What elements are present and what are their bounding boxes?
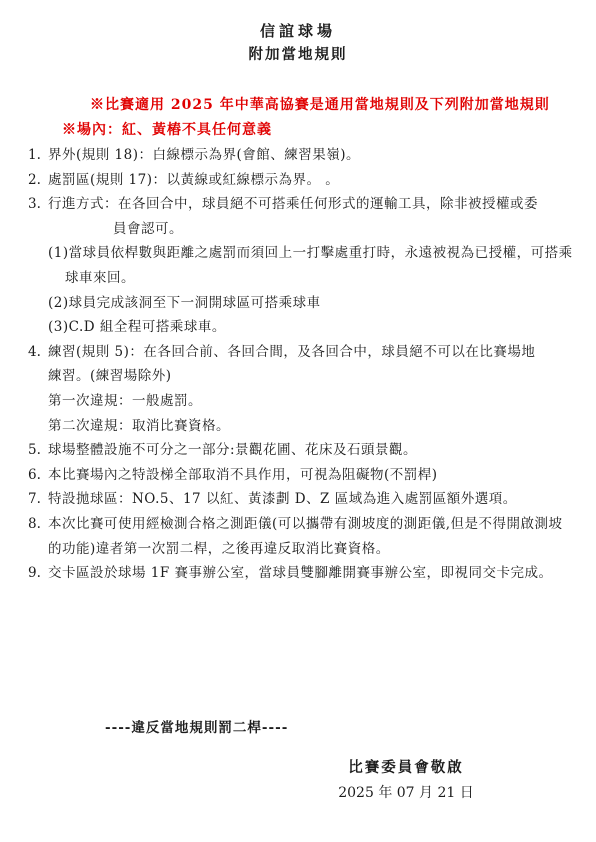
rule-text: 本比賽場內之特設梯全部取消不具作用，可視為阻礙物(不罰桿) <box>48 467 438 483</box>
rule-line: (2)球員完成該洞至下一洞開球區可搭乘球車 <box>28 291 590 316</box>
rule-text: 球車來回。 <box>65 270 135 286</box>
rule-text: 的功能)違者第一次罰二桿，之後再違反取消比賽資格。 <box>48 541 390 557</box>
rule-number: 1. <box>28 143 48 168</box>
rule-line: 員會認可。 <box>28 217 590 242</box>
rule-text: 第一次違規：一般處罰。 <box>48 393 202 409</box>
rule-line: 練習。(練習場除外) <box>28 364 590 389</box>
rules-list: 1.界外(規則 18)：白線標示為界(會館、練習果嶺)。 2.處罰區(規則 17… <box>0 143 596 586</box>
rule-text: 特設拋球區：NO.5、17 以紅、黃漆劃 D、Z 區域為進入處罰區額外選項。 <box>48 491 517 507</box>
rule-line: (3)C.D 組全程可搭乘球車。 <box>28 315 590 340</box>
rule-text: (2)球員完成該洞至下一洞開球區可搭乘球車 <box>48 295 321 311</box>
rule-number: 4. <box>28 340 48 365</box>
rule-line: 第一次違規：一般處罰。 <box>28 389 590 414</box>
rule-text: 處罰區(規則 17)：以黃線或紅線標示為界。 。 <box>48 172 339 188</box>
rule-number: 5. <box>28 438 48 463</box>
rule-number: 8. <box>28 512 48 537</box>
rule-line: 的功能)違者第一次罰二桿，之後再違反取消比賽資格。 <box>28 537 590 562</box>
rule-text: 員會認可。 <box>113 221 183 237</box>
rule-line: 4.練習(規則 5)：在各回合前、各回合間，及各回合中，球員絕不可以在比賽場地 <box>28 340 590 365</box>
rule-line: 8.本次比賽可使用經檢測合格之測距儀(可以攜帶有測坡度的測距儀,但是不得開啟測坡 <box>28 512 590 537</box>
notice-block: ※比賽適用 2025 年中華高協賽是通用當地規則及下列附加當地規則 ※場內：紅、… <box>0 93 596 143</box>
rule-text: 交卡區設於球場 1F 賽事辦公室，當球員雙腳離開賽事辦公室，即視同交卡完成。 <box>48 565 553 581</box>
closing-block: 比賽委員會敬啟 2025 年 07 月 21 日 <box>331 756 481 807</box>
document-header: 信誼球場 附加當地規則 <box>0 0 596 68</box>
rule-line: (1)當球員依桿數與距離之處罰而須回上一打擊處重打時，永遠被視為已授權，可搭乘 <box>28 241 590 266</box>
rule-number: 7. <box>28 487 48 512</box>
rule-line: 7.特設拋球區：NO.5、17 以紅、黃漆劃 D、Z 區域為進入處罰區額外選項。 <box>28 487 590 512</box>
rule-text: 球場整體設施不可分之一部分:景觀花圃、花床及石頭景觀。 <box>48 442 417 458</box>
rule-text: (3)C.D 組全程可搭乘球車。 <box>48 319 226 335</box>
rule-text: 本次比賽可使用經檢測合格之測距儀(可以攜帶有測坡度的測距儀,但是不得開啟測坡 <box>48 516 563 532</box>
rule-line: 球車來回。 <box>28 266 590 291</box>
rule-line: 5.球場整體設施不可分之一部分:景觀花圃、花床及石頭景觀。 <box>28 438 590 463</box>
rule-text: (1)當球員依桿數與距離之處罰而須回上一打擊處重打時，永遠被視為已授權，可搭乘 <box>48 245 573 261</box>
penalty-note: ----違反當地規則罰二桿---- <box>105 716 596 736</box>
rule-number: 2. <box>28 168 48 193</box>
rule-line: 6.本比賽場內之特設梯全部取消不具作用，可視為阻礙物(不罰桿) <box>28 463 590 488</box>
rule-line: 1.界外(規則 18)：白線標示為界(會館、練習果嶺)。 <box>28 143 590 168</box>
rule-line: 3.行進方式：在各回合中，球員絕不可搭乘任何形式的運輸工具，除非被授權或委 <box>28 192 590 217</box>
rule-number: 3. <box>28 192 48 217</box>
rule-line: 第二次違規：取消比賽資格。 <box>28 414 590 439</box>
document-page: 信誼球場 附加當地規則 ※比賽適用 2025 年中華高協賽是通用當地規則及下列附… <box>0 0 596 842</box>
notice-line: ※場內：紅、黃樁不具任何意義 <box>0 118 596 143</box>
rule-number: 6. <box>28 463 48 488</box>
rule-line: 9.交卡區設於球場 1F 賽事辦公室，當球員雙腳離開賽事辦公室，即視同交卡完成。 <box>28 561 590 586</box>
signature-line: 比賽委員會敬啟 <box>331 756 481 780</box>
page-subtitle: 附加當地規則 <box>0 42 596 68</box>
rule-text: 行進方式：在各回合中，球員絕不可搭乘任何形式的運輸工具，除非被授權或委 <box>48 196 538 212</box>
rule-line: 2.處罰區(規則 17)：以黃線或紅線標示為界。 。 <box>28 168 590 193</box>
rule-text: 第二次違規：取消比賽資格。 <box>48 418 230 434</box>
page-title: 信誼球場 <box>0 20 596 42</box>
rule-number: 9. <box>28 561 48 586</box>
date-line: 2025 年 07 月 21 日 <box>331 780 481 807</box>
rule-text: 練習。(練習場除外) <box>48 368 172 384</box>
rule-text: 練習(規則 5)：在各回合前、各回合間，及各回合中，球員絕不可以在比賽場地 <box>48 344 535 360</box>
notice-line: ※比賽適用 2025 年中華高協賽是通用當地規則及下列附加當地規則 <box>0 93 596 118</box>
rule-text: 界外(規則 18)：白線標示為界(會館、練習果嶺)。 <box>48 147 360 163</box>
